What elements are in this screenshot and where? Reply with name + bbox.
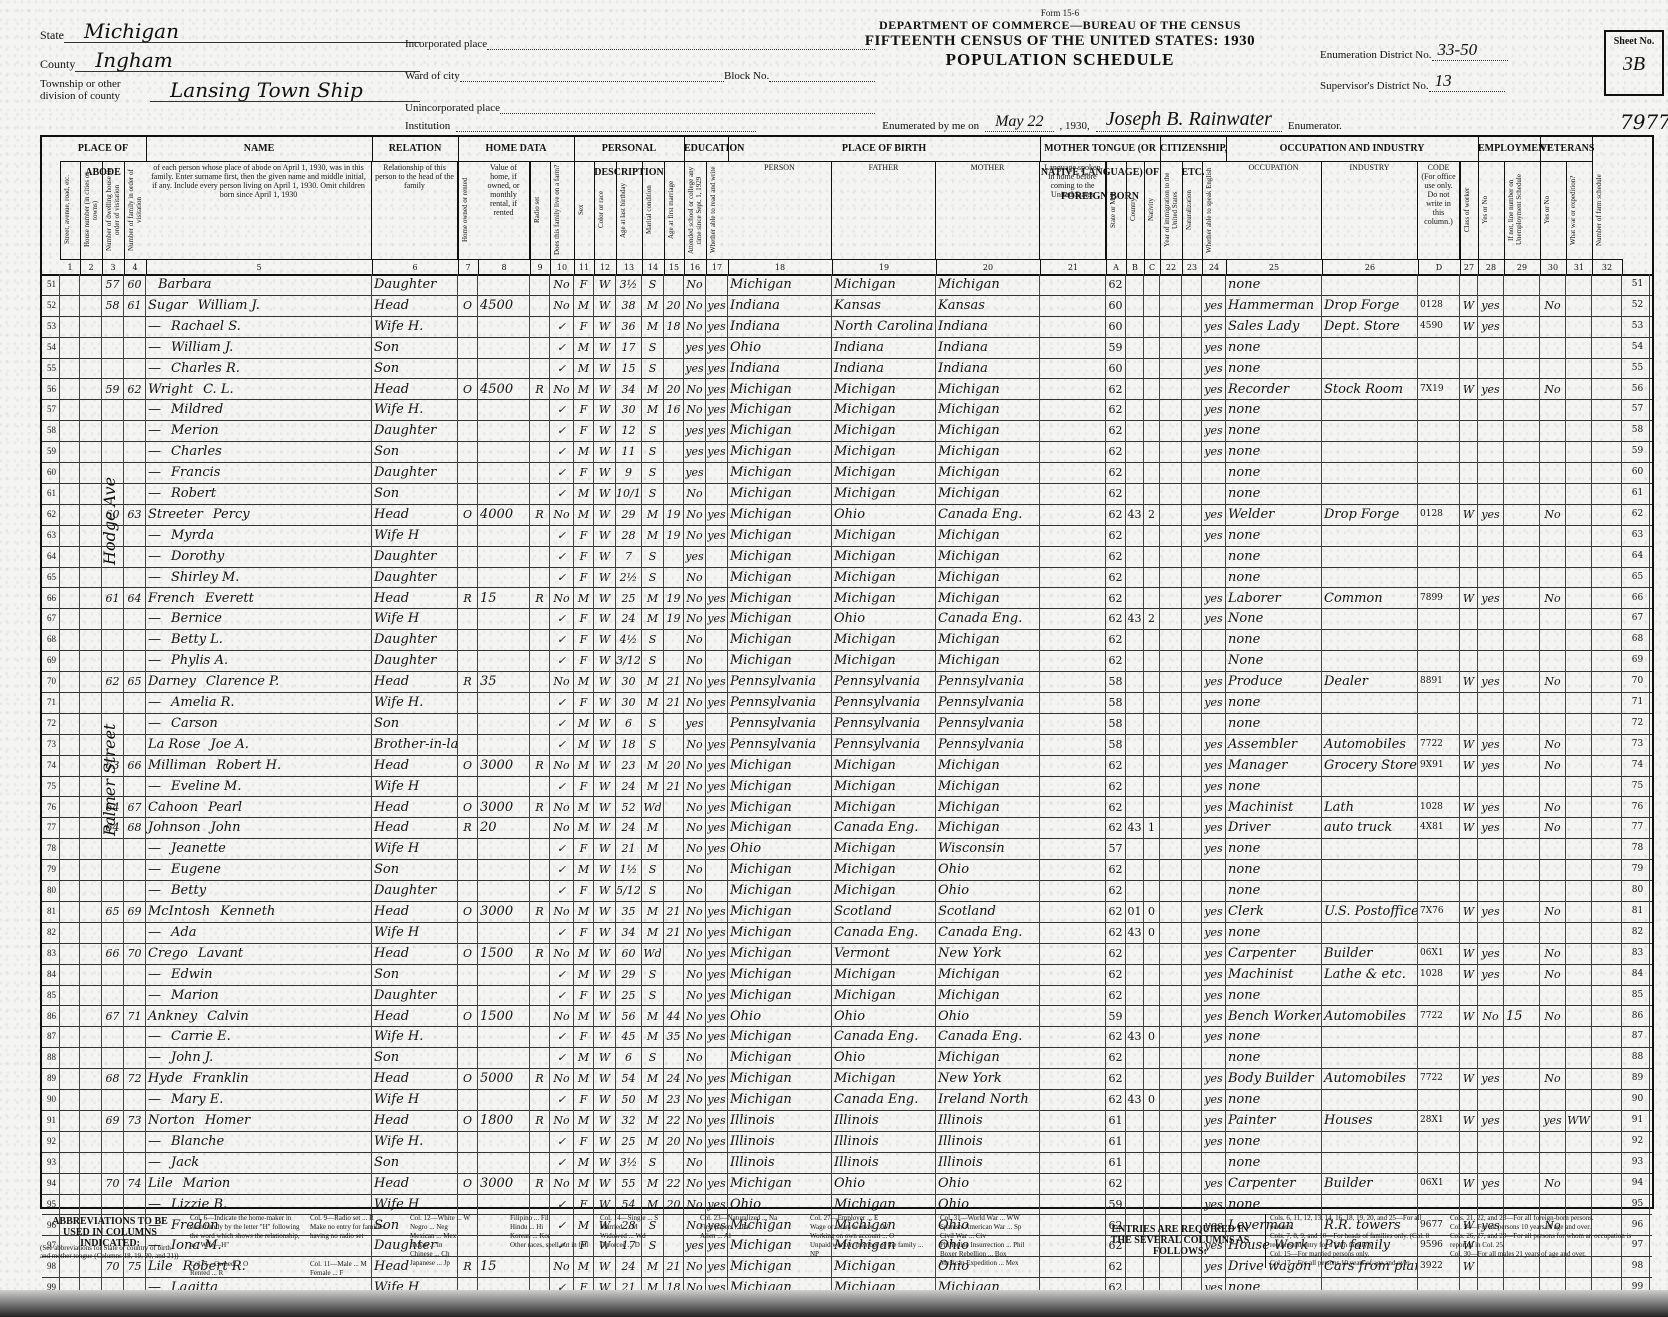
cell-school: No xyxy=(684,671,706,692)
col31-note: Col. 31—World War ... WW Spanish-America… xyxy=(940,1214,1080,1268)
cell-immigration xyxy=(1160,838,1182,859)
cell-school: No xyxy=(684,1131,706,1152)
cell-unemployment: 15 xyxy=(1504,1006,1540,1027)
surname: Johnson xyxy=(148,820,201,835)
cell-school: yes xyxy=(684,713,706,734)
cell-unemployment xyxy=(1504,985,1540,1006)
cell-marital: M xyxy=(642,922,664,943)
cell-read: yes xyxy=(706,734,728,755)
cell-code-b xyxy=(1126,692,1144,713)
cell-house xyxy=(80,1152,102,1173)
cell-age-marriage: 21 xyxy=(664,776,684,797)
cell-family xyxy=(124,859,146,880)
line-number: 83 xyxy=(42,943,60,964)
line-number: 81 xyxy=(42,901,60,922)
cell-class: W xyxy=(1460,734,1478,755)
cell-person: Ohio xyxy=(728,838,832,859)
cell-english: yes xyxy=(1202,1110,1226,1131)
cell-relation: Head xyxy=(372,1006,458,1027)
cell-radio: R xyxy=(530,901,550,922)
cell-code-c: 2 xyxy=(1144,608,1160,629)
cell-employed xyxy=(1478,1047,1504,1068)
cell-read: yes xyxy=(706,671,728,692)
line-number: 59 xyxy=(42,441,60,462)
county-label: County xyxy=(40,57,75,72)
table-row: 73La RoseJoe A.Brother-in-law✓MW18SNoyes… xyxy=(42,734,1652,756)
column-number: 1 xyxy=(60,259,81,275)
cell-person: Michigan xyxy=(728,943,832,964)
cell-english: yes xyxy=(1202,1006,1226,1027)
cell-code-a: 62 xyxy=(1106,880,1126,901)
cell-farm: No xyxy=(550,755,574,776)
cell-race: W xyxy=(594,776,616,797)
cell-marital: M xyxy=(642,1068,664,1089)
cell-code-b xyxy=(1126,274,1144,295)
cell-occupation: none xyxy=(1226,525,1322,546)
cell-code-b: 43 xyxy=(1126,504,1144,525)
cell-value xyxy=(478,399,530,420)
cell-war xyxy=(1566,922,1592,943)
cell-farm-schedule xyxy=(1592,608,1622,629)
cell-age-marriage: 22 xyxy=(664,1110,684,1131)
cell-marital: M xyxy=(642,399,664,420)
given-name: Blanche xyxy=(171,1134,224,1149)
cell-language xyxy=(1040,588,1106,609)
column-group-header: EDUCATION xyxy=(684,137,729,162)
cell-age-marriage: 20 xyxy=(664,379,684,400)
given-name: Merion xyxy=(171,423,219,438)
cell-occupation: Machinist xyxy=(1226,964,1322,985)
cell-english xyxy=(1202,629,1226,650)
column-group-header: CITIZENSHIP, ETC. xyxy=(1160,137,1227,162)
cell-race: W xyxy=(594,671,616,692)
table-row: 82—AdaWife H✓FW34M21NoyesMichiganCanada … xyxy=(42,922,1652,944)
cell-age: 29 xyxy=(616,504,642,525)
cell-owned xyxy=(458,922,478,943)
cell-war xyxy=(1566,274,1592,295)
cell-street xyxy=(60,1089,80,1110)
right-line-number: 57 xyxy=(1624,399,1650,420)
line-number: 52 xyxy=(42,295,60,316)
cell-veteran: No xyxy=(1540,1173,1566,1194)
cell-owned xyxy=(458,608,478,629)
cell-family xyxy=(124,483,146,504)
cell-unemployment xyxy=(1504,1173,1540,1194)
cell-occupation: Painter xyxy=(1226,1110,1322,1131)
cell-code-b xyxy=(1126,629,1144,650)
cell-school: No xyxy=(684,943,706,964)
given-name: Betty xyxy=(171,883,206,898)
cell-family xyxy=(124,441,146,462)
table-row: 63—MyrdaWife H✓FW28M19NoyesMichiganMichi… xyxy=(42,525,1652,547)
cell-radio xyxy=(530,629,550,650)
line-number: 57 xyxy=(42,399,60,420)
cell-father: Pennsylvania xyxy=(832,713,936,734)
cell-house xyxy=(80,588,102,609)
surname: — xyxy=(148,653,161,668)
cell-mother: Michigan xyxy=(936,817,1040,838)
cell-class: W xyxy=(1460,943,1478,964)
cell-marital: S xyxy=(642,420,664,441)
cell-farm-schedule xyxy=(1592,922,1622,943)
cell-relation: Son xyxy=(372,337,458,358)
cell-code-d xyxy=(1418,525,1460,546)
surname: — xyxy=(148,340,161,355)
cell-age: 11 xyxy=(616,441,642,462)
column-group-header: MOTHER TONGUE (OR NATIVE LANGUAGE) OF FO… xyxy=(1040,137,1161,162)
cell-race: W xyxy=(594,1152,616,1173)
table-row: 706265DarneyClarence P.HeadR35NoMW30M21N… xyxy=(42,671,1652,693)
column-number: 12 xyxy=(594,259,617,275)
cell-age: 35 xyxy=(616,901,642,922)
cell-family xyxy=(124,525,146,546)
cell-naturalization xyxy=(1182,379,1202,400)
cell-owned xyxy=(458,316,478,337)
cell-naturalization xyxy=(1182,1089,1202,1110)
cell-code-c xyxy=(1144,546,1160,567)
right-line-number: 89 xyxy=(1624,1068,1650,1089)
cell-street xyxy=(60,755,80,776)
cell-code-a: 62 xyxy=(1106,1173,1126,1194)
column-header-street: Street, avenue, road, etc. xyxy=(60,161,80,259)
cell-relation: Head xyxy=(372,901,458,922)
cell-family: 66 xyxy=(124,755,146,776)
cell-relation: Head xyxy=(372,588,458,609)
cell-employed: yes xyxy=(1478,901,1504,922)
cell-dwelling xyxy=(102,692,124,713)
cell-code-a: 62 xyxy=(1106,588,1126,609)
right-line-number: 93 xyxy=(1624,1152,1650,1173)
cell-school: yes xyxy=(684,420,706,441)
cell-industry: Houses xyxy=(1322,1110,1418,1131)
form-number: Form 15-6 xyxy=(790,8,1330,18)
cell-code-c xyxy=(1144,1131,1160,1152)
cell-age: 1½ xyxy=(616,859,642,880)
cell-name: Barbara xyxy=(146,274,372,295)
cell-veteran xyxy=(1540,525,1566,546)
cell-war xyxy=(1566,567,1592,588)
cell-marital: S xyxy=(642,650,664,671)
cell-radio xyxy=(530,274,550,295)
cell-family xyxy=(124,692,146,713)
cell-code-d: 7899 xyxy=(1418,588,1460,609)
cell-language xyxy=(1040,1026,1106,1047)
cell-code-c xyxy=(1144,1068,1160,1089)
cell-family: 73 xyxy=(124,1110,146,1131)
cell-language xyxy=(1040,483,1106,504)
cell-code-d: 28X1 xyxy=(1418,1110,1460,1131)
column-group-header: EMPLOYMENT xyxy=(1478,137,1541,162)
cell-age-marriage xyxy=(664,859,684,880)
cell-employed xyxy=(1478,838,1504,859)
cell-veteran xyxy=(1540,838,1566,859)
cell-street xyxy=(60,985,80,1006)
enumerated-date: May 22 xyxy=(985,113,1053,132)
cell-father: Scotland xyxy=(832,901,936,922)
cell-street xyxy=(60,1173,80,1194)
cell-mother: Michigan xyxy=(936,483,1040,504)
cell-person: Michigan xyxy=(728,379,832,400)
cell-code-d: 4590 xyxy=(1418,316,1460,337)
state-value: Michigan xyxy=(64,20,420,43)
cell-unemployment xyxy=(1504,567,1540,588)
col9-note: Col. 9—Radio set ... R Make no entry for… xyxy=(310,1214,400,1241)
cell-code-c xyxy=(1144,713,1160,734)
right-line-number: 59 xyxy=(1624,441,1650,462)
cell-employed: yes xyxy=(1478,504,1504,525)
cell-industry xyxy=(1322,776,1418,797)
district-fields: Enumeration District No. 33-50 Superviso… xyxy=(1320,40,1580,102)
cell-name: LileMarion xyxy=(146,1173,372,1194)
cell-code-b xyxy=(1126,1110,1144,1131)
cell-language xyxy=(1040,713,1106,734)
cell-class xyxy=(1460,358,1478,379)
cell-industry xyxy=(1322,985,1418,1006)
cell-farm: ✓ xyxy=(550,316,574,337)
cell-code-c xyxy=(1144,964,1160,985)
column-number: 22 xyxy=(1160,259,1183,275)
cell-class: W xyxy=(1460,901,1478,922)
cell-industry xyxy=(1322,441,1418,462)
cell-school: No xyxy=(684,1026,706,1047)
given-name: Mary E. xyxy=(171,1092,223,1107)
cell-value xyxy=(478,608,530,629)
cell-mother: Michigan xyxy=(936,776,1040,797)
cell-code-d: 0128 xyxy=(1418,295,1460,316)
cell-naturalization xyxy=(1182,734,1202,755)
cell-naturalization xyxy=(1182,692,1202,713)
cell-farm-schedule xyxy=(1592,943,1622,964)
cell-relation: Wife H xyxy=(372,922,458,943)
cell-code-a: 58 xyxy=(1106,692,1126,713)
cell-code-c xyxy=(1144,525,1160,546)
right-line-number: 72 xyxy=(1624,713,1650,734)
cell-dwelling xyxy=(102,337,124,358)
table-row: 84—EdwinSon✓MW29SNoyesMichiganMichiganMi… xyxy=(42,964,1652,986)
cell-family: 63 xyxy=(124,504,146,525)
cell-race: W xyxy=(594,985,616,1006)
cell-age: 24 xyxy=(616,608,642,629)
cell-language xyxy=(1040,629,1106,650)
cell-english: yes xyxy=(1202,358,1226,379)
cell-read: yes xyxy=(706,337,728,358)
right-line-number: 71 xyxy=(1624,692,1650,713)
cell-owned xyxy=(458,546,478,567)
cell-farm: No xyxy=(550,588,574,609)
cell-name: —Eveline M. xyxy=(146,776,372,797)
cell-mother: Michigan xyxy=(936,629,1040,650)
cell-read: yes xyxy=(706,797,728,818)
cell-race: W xyxy=(594,1026,616,1047)
cell-relation: Head xyxy=(372,755,458,776)
column-header-father: FATHER xyxy=(832,161,936,259)
cell-industry: Automobiles xyxy=(1322,1006,1418,1027)
cell-radio xyxy=(530,337,550,358)
cell-sex: F xyxy=(574,880,594,901)
cell-school: No xyxy=(684,985,706,1006)
cell-read xyxy=(706,629,728,650)
cell-code-a: 62 xyxy=(1106,797,1126,818)
cell-industry: Builder xyxy=(1322,943,1418,964)
column-number: 4 xyxy=(124,259,147,275)
cell-age-marriage xyxy=(664,964,684,985)
cell-unemployment xyxy=(1504,713,1540,734)
cell-street xyxy=(60,650,80,671)
cell-code-b: 43 xyxy=(1126,1026,1144,1047)
cell-sex: M xyxy=(574,441,594,462)
cell-farm-schedule xyxy=(1592,546,1622,567)
table-row: 565962WrightC. L.HeadO4500RNoMW34M20Noye… xyxy=(42,379,1652,401)
cell-farm-schedule xyxy=(1592,483,1622,504)
cell-house xyxy=(80,922,102,943)
cell-employed xyxy=(1478,483,1504,504)
cell-occupation: Welder xyxy=(1226,504,1322,525)
cell-code-a: 62 xyxy=(1106,650,1126,671)
cell-age-marriage: 16 xyxy=(664,399,684,420)
column-header-read: Whether able to read and write xyxy=(706,161,728,259)
cell-employed: yes xyxy=(1478,1110,1504,1131)
cell-occupation: none xyxy=(1226,880,1322,901)
cell-veteran xyxy=(1540,859,1566,880)
cell-owned xyxy=(458,692,478,713)
cell-person: Michigan xyxy=(728,859,832,880)
cell-code-c xyxy=(1144,650,1160,671)
cell-veteran xyxy=(1540,274,1566,295)
cell-english: yes xyxy=(1202,399,1226,420)
cell-farm-schedule xyxy=(1592,1068,1622,1089)
cell-industry: Automobiles xyxy=(1322,1068,1418,1089)
cell-unemployment xyxy=(1504,399,1540,420)
cell-street xyxy=(60,504,80,525)
cell-sex: M xyxy=(574,1173,594,1194)
cell-house xyxy=(80,504,102,525)
cell-veteran: No xyxy=(1540,734,1566,755)
cell-family: 61 xyxy=(124,295,146,316)
column-number: 24 xyxy=(1202,259,1227,275)
cell-age: 54 xyxy=(616,1068,642,1089)
cell-race: W xyxy=(594,692,616,713)
cell-code-c xyxy=(1144,399,1160,420)
cell-employed: No xyxy=(1478,1006,1504,1027)
cell-industry xyxy=(1322,1047,1418,1068)
cell-unemployment xyxy=(1504,755,1540,776)
sheet-value: 3B xyxy=(1606,53,1662,76)
cell-father: Ohio xyxy=(832,1173,936,1194)
cell-age-marriage: 23 xyxy=(664,1089,684,1110)
cell-code-b xyxy=(1126,880,1144,901)
cell-name: —Ada xyxy=(146,922,372,943)
cell-family xyxy=(124,838,146,859)
cell-age: 45 xyxy=(616,1026,642,1047)
cell-person: Michigan xyxy=(728,755,832,776)
cell-english: yes xyxy=(1202,901,1226,922)
cell-code-d: 9X91 xyxy=(1418,755,1460,776)
township-label: Township or other division of county xyxy=(40,78,150,102)
cell-naturalization xyxy=(1182,358,1202,379)
cell-code-c xyxy=(1144,295,1160,316)
right-line-number: 75 xyxy=(1624,776,1650,797)
cell-value xyxy=(478,776,530,797)
cell-class xyxy=(1460,608,1478,629)
cell-person: Michigan xyxy=(728,608,832,629)
cell-age-marriage xyxy=(664,713,684,734)
cell-immigration xyxy=(1160,358,1182,379)
cell-code-a: 62 xyxy=(1106,776,1126,797)
cell-english xyxy=(1202,1152,1226,1173)
cell-owned xyxy=(458,1152,478,1173)
cell-class: W xyxy=(1460,817,1478,838)
cell-age: 56 xyxy=(616,1006,642,1027)
cell-language xyxy=(1040,399,1106,420)
cell-owned xyxy=(458,838,478,859)
cell-class xyxy=(1460,985,1478,1006)
cell-relation: Head xyxy=(372,379,458,400)
cell-father: Michigan xyxy=(832,629,936,650)
cell-school: yes xyxy=(684,358,706,379)
cell-father: Michigan xyxy=(832,567,936,588)
surname: — xyxy=(148,988,161,1003)
cell-immigration xyxy=(1160,1173,1182,1194)
cell-father: Michigan xyxy=(832,964,936,985)
cell-code-a: 62 xyxy=(1106,1089,1126,1110)
cell-street xyxy=(60,859,80,880)
cell-family: 62 xyxy=(124,379,146,400)
cell-naturalization xyxy=(1182,1026,1202,1047)
cell-family xyxy=(124,567,146,588)
cell-race: W xyxy=(594,546,616,567)
county-value: Ingham xyxy=(75,49,420,72)
cell-family xyxy=(124,399,146,420)
cell-veteran: No xyxy=(1540,671,1566,692)
cell-read: yes xyxy=(706,838,728,859)
column-header-employed: Yes or No xyxy=(1478,161,1504,259)
cell-street xyxy=(60,546,80,567)
cell-code-a: 62 xyxy=(1106,441,1126,462)
cell-owned: O xyxy=(458,755,478,776)
cell-age-marriage xyxy=(664,274,684,295)
cell-marital: M xyxy=(642,817,664,838)
table-row: 60—FrancisDaughter✓FW9SyesMichiganMichig… xyxy=(42,462,1652,484)
cell-age: 30 xyxy=(616,692,642,713)
cell-family xyxy=(124,734,146,755)
cell-english xyxy=(1202,713,1226,734)
footer-instructions: ABBREVIATIONS TO BE USED IN COLUMNS INDI… xyxy=(40,1212,1660,1302)
cell-age: 4½ xyxy=(616,629,642,650)
cell-english xyxy=(1202,880,1226,901)
cell-father: Michigan xyxy=(832,399,936,420)
column-group-header: PLACE OF ABODE xyxy=(60,137,147,162)
column-header-class: Class of worker xyxy=(1460,161,1478,259)
cell-code-c xyxy=(1144,1173,1160,1194)
cell-marital: M xyxy=(642,588,664,609)
cell-father: Vermont xyxy=(832,943,936,964)
cell-radio: R xyxy=(530,755,550,776)
line-number: 92 xyxy=(42,1131,60,1152)
cell-farm-schedule xyxy=(1592,1089,1622,1110)
cell-street xyxy=(60,880,80,901)
cell-industry xyxy=(1322,713,1418,734)
cell-occupation: Assembler xyxy=(1226,734,1322,755)
cell-value xyxy=(478,629,530,650)
cell-age-marriage xyxy=(664,337,684,358)
cell-person: Michigan xyxy=(728,399,832,420)
cell-farm-schedule xyxy=(1592,588,1622,609)
cell-occupation: none xyxy=(1226,1131,1322,1152)
cell-farm-schedule xyxy=(1592,671,1622,692)
cell-war xyxy=(1566,462,1592,483)
cell-family xyxy=(124,922,146,943)
cell-sex: F xyxy=(574,776,594,797)
